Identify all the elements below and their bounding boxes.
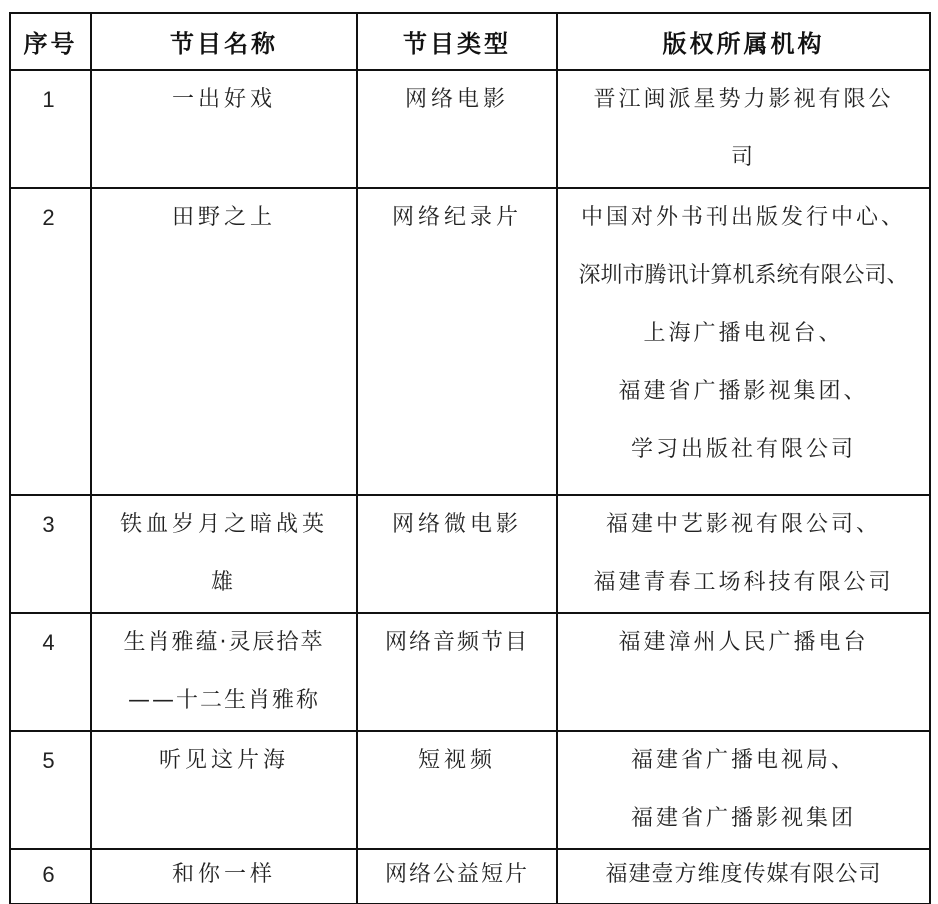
- owner-line: 福建漳州人民广播电台: [558, 614, 929, 672]
- cell-program-name: 和你一样: [91, 849, 357, 904]
- owner-line: 学习出版社有限公司: [558, 421, 929, 479]
- cell-index: 1: [10, 70, 91, 188]
- owner-line: 福建中艺影视有限公司、: [558, 496, 929, 554]
- cell-index: 6: [10, 849, 91, 904]
- name-line: 听见这片海: [92, 732, 356, 790]
- cell-copyright-owner: 福建壹方维度传媒有限公司: [557, 849, 930, 904]
- cell-program-name: 生肖雅蕴·灵辰拾萃 ——十二生肖雅称: [91, 613, 357, 731]
- cell-program-type: 短视频: [357, 731, 557, 849]
- cell-copyright-owner: 中国对外书刊出版发行中心、 深圳市腾讯计算机系统有限公司、 上海广播电视台、 福…: [557, 188, 930, 495]
- name-line: 和你一样: [92, 850, 356, 900]
- cell-index: 4: [10, 613, 91, 731]
- owner-line: 司: [558, 129, 929, 187]
- cell-index: 3: [10, 495, 91, 613]
- table-row: 6 和你一样 网络公益短片 福建壹方维度传媒有限公司: [10, 849, 930, 904]
- table-header-row: 序号 节目名称 节目类型 版权所属机构: [10, 13, 930, 70]
- cell-program-type: 网络音频节目: [357, 613, 557, 731]
- cell-program-name: 听见这片海: [91, 731, 357, 849]
- table-row: 1 一出好戏 网络电影 晋江闽派星势力影视有限公 司: [10, 70, 930, 188]
- name-line: 一出好戏: [92, 71, 356, 129]
- table-row: 2 田野之上 网络纪录片 中国对外书刊出版发行中心、 深圳市腾讯计算机系统有限公…: [10, 188, 930, 495]
- program-table: 序号 节目名称 节目类型 版权所属机构 1 一出好戏 网络电影 晋江闽派星势力影…: [9, 12, 931, 904]
- owner-line: 深圳市腾讯计算机系统有限公司、: [558, 247, 929, 305]
- owner-line: 福建省广播电视局、: [558, 732, 929, 790]
- table-row: 5 听见这片海 短视频 福建省广播电视局、 福建省广播影视集团: [10, 731, 930, 849]
- owner-line: 中国对外书刊出版发行中心、: [558, 189, 929, 247]
- header-program-name: 节目名称: [91, 13, 357, 70]
- name-line: 铁血岁月之暗战英: [92, 496, 356, 554]
- cell-program-type: 网络公益短片: [357, 849, 557, 904]
- owner-line: 福建青春工场科技有限公司: [558, 554, 929, 612]
- cell-copyright-owner: 福建省广播电视局、 福建省广播影视集团: [557, 731, 930, 849]
- cell-copyright-owner: 福建中艺影视有限公司、 福建青春工场科技有限公司: [557, 495, 930, 613]
- owner-line: 晋江闽派星势力影视有限公: [558, 71, 929, 129]
- header-index: 序号: [10, 13, 91, 70]
- cell-program-name: 田野之上: [91, 188, 357, 495]
- name-line: 生肖雅蕴·灵辰拾萃: [92, 614, 356, 672]
- cell-program-type: 网络微电影: [357, 495, 557, 613]
- name-line: 田野之上: [92, 189, 356, 247]
- cell-copyright-owner: 福建漳州人民广播电台: [557, 613, 930, 731]
- cell-index: 5: [10, 731, 91, 849]
- header-program-type: 节目类型: [357, 13, 557, 70]
- cell-program-name: 铁血岁月之暗战英 雄: [91, 495, 357, 613]
- cell-program-type: 网络电影: [357, 70, 557, 188]
- cell-program-type: 网络纪录片: [357, 188, 557, 495]
- owner-line: 福建壹方维度传媒有限公司: [558, 850, 929, 900]
- owner-line: 福建省广播影视集团: [558, 790, 929, 848]
- owner-line: 福建省广播影视集团、: [558, 363, 929, 421]
- name-line: 雄: [92, 554, 356, 612]
- owner-line: 上海广播电视台、: [558, 305, 929, 363]
- cell-index: 2: [10, 188, 91, 495]
- cell-copyright-owner: 晋江闽派星势力影视有限公 司: [557, 70, 930, 188]
- cell-program-name: 一出好戏: [91, 70, 357, 188]
- name-line: ——十二生肖雅称: [92, 672, 356, 730]
- table-row: 4 生肖雅蕴·灵辰拾萃 ——十二生肖雅称 网络音频节目 福建漳州人民广播电台: [10, 613, 930, 731]
- table-row: 3 铁血岁月之暗战英 雄 网络微电影 福建中艺影视有限公司、 福建青春工场科技有…: [10, 495, 930, 613]
- header-copyright-owner: 版权所属机构: [557, 13, 930, 70]
